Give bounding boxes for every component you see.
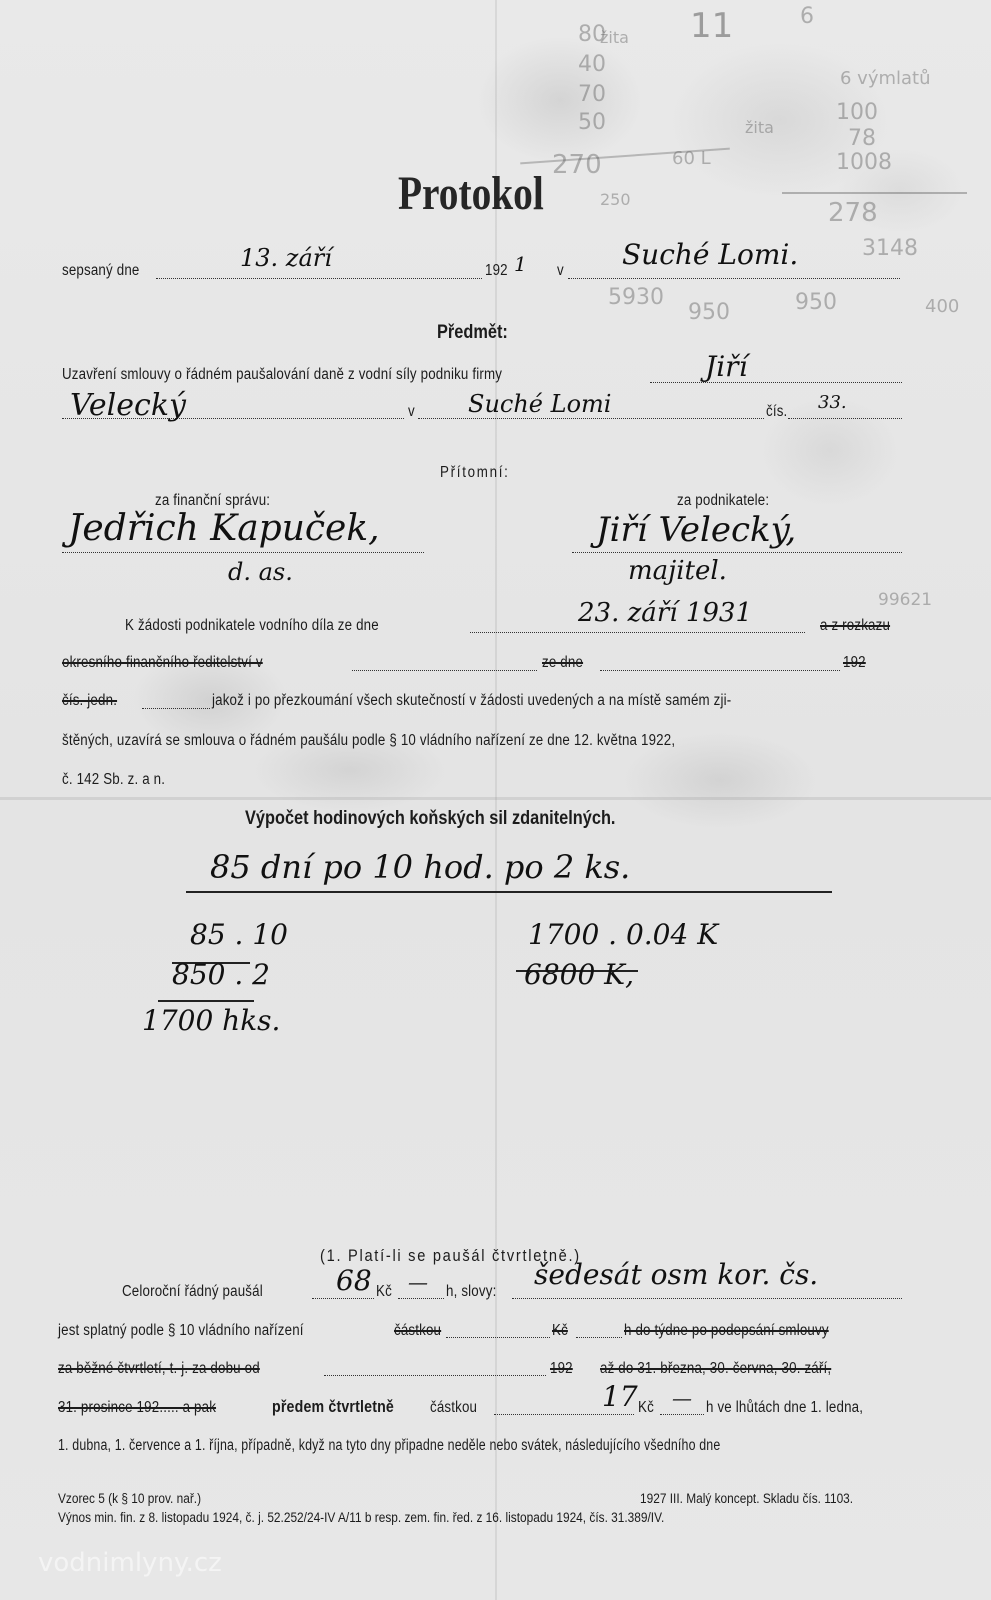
vertical-fold-crease <box>495 0 497 1600</box>
pencil-note: 40 <box>578 52 606 77</box>
words-field-line <box>512 1298 902 1299</box>
place-label: v <box>557 262 564 280</box>
pencil-note: 250 <box>600 190 631 209</box>
quarter-amount: 17 <box>602 1380 638 1413</box>
reference-field-line <box>142 708 210 709</box>
pencil-note: 70 <box>578 82 606 107</box>
request-date-line <box>470 632 805 633</box>
pencil-note: 270 <box>552 150 602 180</box>
pencil-note: 950 <box>688 300 730 325</box>
subject-heading: Předmět: <box>437 322 508 344</box>
date-field-line <box>156 278 482 279</box>
pencil-note: 400 <box>925 296 959 317</box>
date-label: sepsaný dne <box>62 262 139 280</box>
request-body: č. 142 Sb. z. a n. <box>62 771 165 789</box>
office-date-line <box>600 670 840 671</box>
payment-text: částkou <box>430 1399 477 1417</box>
firm-handwritten-2: Velecký <box>70 388 186 423</box>
struck-field-line <box>324 1375 546 1376</box>
words-handwritten: šedesát osm kor. čs. <box>534 1258 818 1291</box>
pencil-note: žita <box>745 118 774 137</box>
pencil-note: 50 <box>578 110 606 135</box>
pencil-rule <box>782 192 967 194</box>
struck-text: a z rozkazu <box>820 617 890 635</box>
annual-amount-line <box>312 1298 374 1299</box>
struck-field-line <box>576 1337 622 1338</box>
number-handwritten: 33. <box>818 392 847 413</box>
struck-text: 192 <box>550 1360 573 1378</box>
pencil-note: 100 <box>836 100 878 125</box>
struck-text: ze dne <box>542 654 583 672</box>
number-field-line <box>788 418 902 419</box>
year-handwritten: 1 <box>514 252 527 276</box>
finance-signature-title: d. as. <box>228 558 293 586</box>
request-body: jakož i po přezkoumání všech skutečností… <box>212 692 731 710</box>
payment-text: 1. dubna, 1. července a 1. října, případ… <box>58 1437 720 1455</box>
request-text: K žádosti podnikatele vodního díla ze dn… <box>125 617 379 635</box>
calc-left-line: 1700 hks. <box>142 1004 280 1037</box>
firm-field-line <box>650 382 902 383</box>
calc-left-line: 850 . 2 <box>172 958 270 991</box>
struck-text: okresního finančního ředitelství v <box>62 654 263 672</box>
present-heading: Přítomní: <box>440 464 510 482</box>
calc-underline <box>158 1000 254 1002</box>
struck-text: až do 31. března, 30. června, 30. září, <box>600 1360 831 1378</box>
calc-right-line: 1700 . 0.04 K <box>528 918 718 951</box>
entrepreneur-label: za podnikatele: <box>677 492 769 510</box>
struck-text: za běžné čtvrtletí, t. j. za dobu od <box>58 1360 260 1378</box>
document-title: Protokol <box>398 166 544 221</box>
pencil-note: 1008 <box>836 150 892 175</box>
pencil-note: žita <box>600 28 629 47</box>
horizontal-fold-crease <box>0 797 991 800</box>
entrepreneur-signature-line <box>572 552 902 553</box>
entrepreneur-signature: Jiří Velecký, <box>596 510 796 550</box>
subject-text: Uzavření smlouvy o řádném paušalování da… <box>62 366 502 384</box>
annual-amount: 68 <box>336 1264 372 1297</box>
quarter-hal-line <box>660 1414 704 1415</box>
entrepreneur-signature-title: majitel. <box>628 556 727 586</box>
watermark: vodnimlyny.cz <box>38 1548 222 1578</box>
struck-field-line <box>446 1337 550 1338</box>
struck-text: Kč <box>552 1322 568 1340</box>
pencil-note: 3148 <box>862 236 918 261</box>
calculation-heading: Výpočet hodinových koňských sil zdanitel… <box>245 808 615 830</box>
subject-place-label: v <box>408 403 415 421</box>
annual-hal: — <box>408 1270 428 1294</box>
struck-text: h do týdne po podepsání smlouvy <box>624 1322 829 1340</box>
place-field-line <box>568 278 900 279</box>
payment-text: h ve lhůtách dne 1. ledna, <box>706 1399 863 1417</box>
place-handwritten: Suché Lomi. <box>622 238 798 271</box>
calc-right-line: 6800 K, <box>524 958 634 991</box>
struck-text: čís. jedn. <box>62 692 117 710</box>
payment-bold-text: předem čtvrtletně <box>272 1398 394 1417</box>
pencil-note: 5930 <box>608 285 664 310</box>
quarter-hal: — <box>672 1386 692 1410</box>
finance-signature: Jedřich Kapuček, <box>68 508 380 549</box>
quarter-amount-line <box>494 1414 634 1415</box>
payment-text: jest splatný podle § 10 vládního nařízen… <box>58 1322 304 1340</box>
year-printed: 192 <box>485 262 508 280</box>
office-field-line <box>352 670 537 671</box>
annual-hal-line <box>398 1298 444 1299</box>
request-body: štěných, uzavírá se smlouva o řádném pau… <box>62 732 675 750</box>
struck-text: 192 <box>843 654 866 672</box>
pencil-note: 99621 <box>878 590 932 610</box>
calculation-summary: 85 dní po 10 hod. po 2 ks. <box>210 848 630 886</box>
pencil-note: 78 <box>848 126 876 151</box>
currency-label: Kč <box>376 1283 392 1301</box>
words-label: h, slovy: <box>446 1283 496 1301</box>
subject-place-handwritten: Suché Lomi <box>468 390 611 418</box>
subject-place-line <box>418 418 764 419</box>
number-label: čís. <box>766 403 787 421</box>
pencil-note: 6 <box>800 4 814 29</box>
date-handwritten: 13. září <box>240 244 332 272</box>
request-date-handwritten: 23. září 1931 <box>578 598 752 628</box>
pencil-note: 278 <box>828 198 878 228</box>
calculation-rule <box>186 891 832 893</box>
pencil-note: 11 <box>690 6 733 46</box>
annual-label: Celoroční řádný paušál <box>122 1283 263 1301</box>
currency-label: Kč <box>638 1399 654 1417</box>
form-id: Vzorec 5 (k § 10 prov. nař.) <box>58 1491 201 1506</box>
struck-text: částkou <box>394 1322 441 1340</box>
print-info: 1927 III. Malý koncept. Skladu čís. 1103… <box>640 1491 853 1506</box>
decree-reference: Výnos min. fin. z 8. listopadu 1924, č. … <box>58 1510 664 1525</box>
pencil-note: 6 výmlatů <box>840 68 931 89</box>
struck-text: 31. prosince 192..... a pak <box>58 1399 216 1417</box>
pencil-note: 950 <box>795 290 837 315</box>
firm-handwritten: Jiří <box>705 350 748 383</box>
calc-left-line: 85 . 10 <box>190 918 288 951</box>
finance-signature-line <box>62 552 424 553</box>
